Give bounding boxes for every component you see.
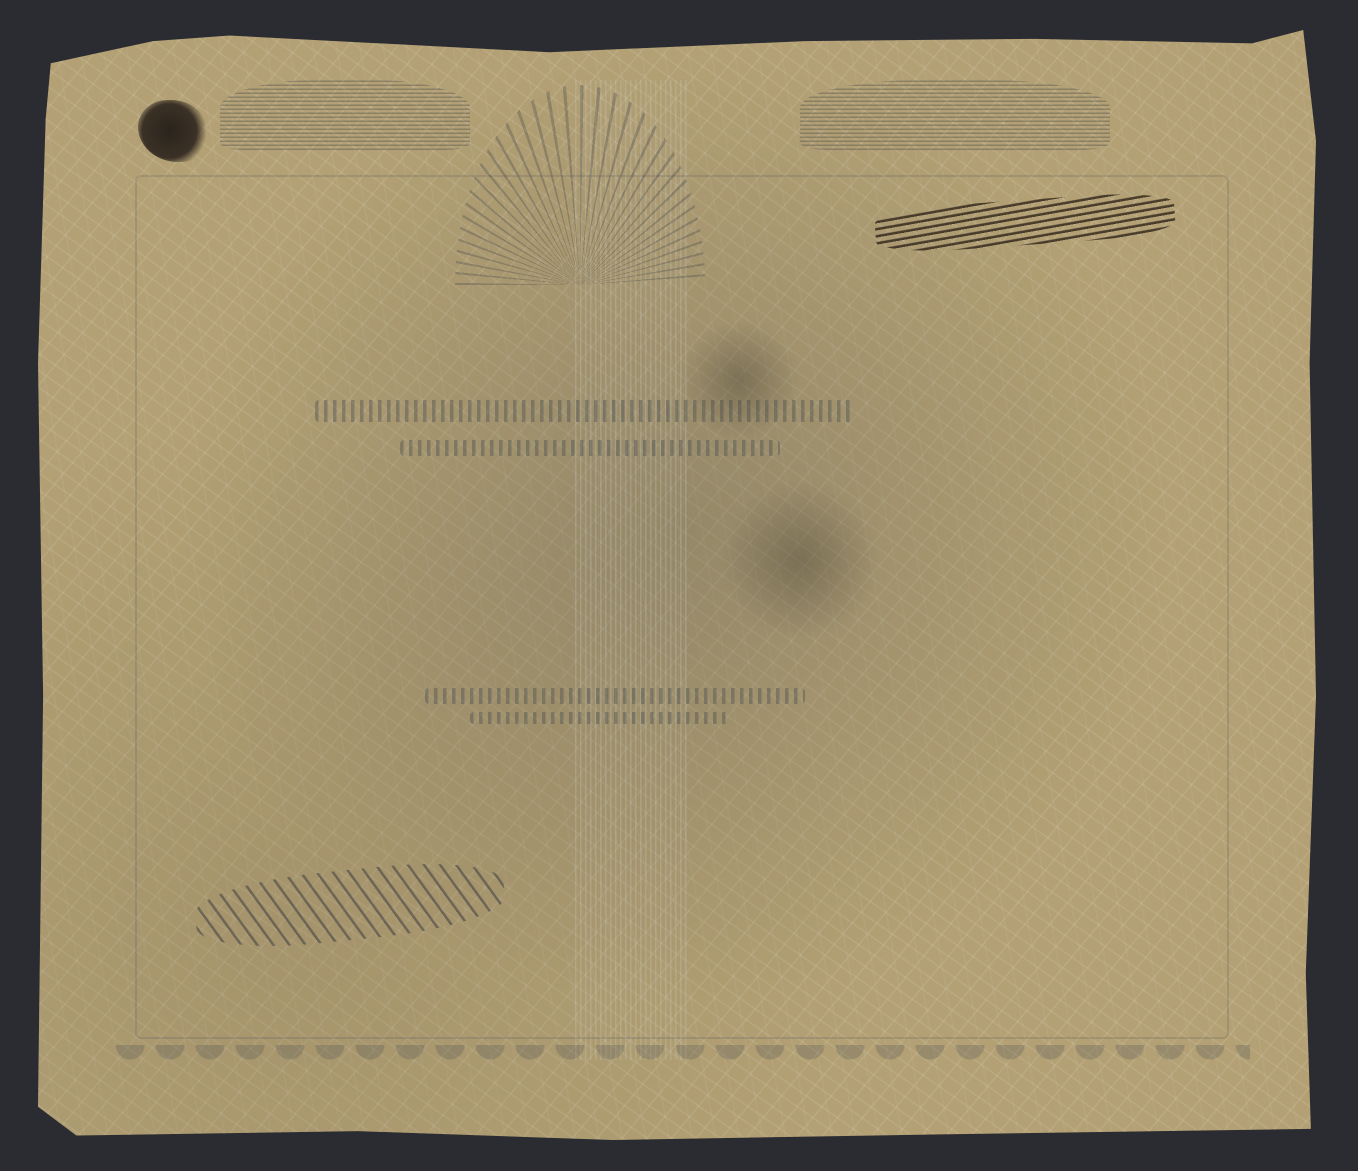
stain-upper — [680, 320, 800, 440]
stain-center — [720, 480, 880, 640]
top-right-ornament — [800, 80, 1110, 150]
scalloped-bottom-border — [110, 1045, 1250, 1085]
faded-text-line-3 — [425, 688, 805, 704]
faded-text-line-4 — [470, 712, 730, 724]
faded-heading-line-2 — [400, 440, 780, 456]
top-left-ornament — [220, 80, 470, 150]
